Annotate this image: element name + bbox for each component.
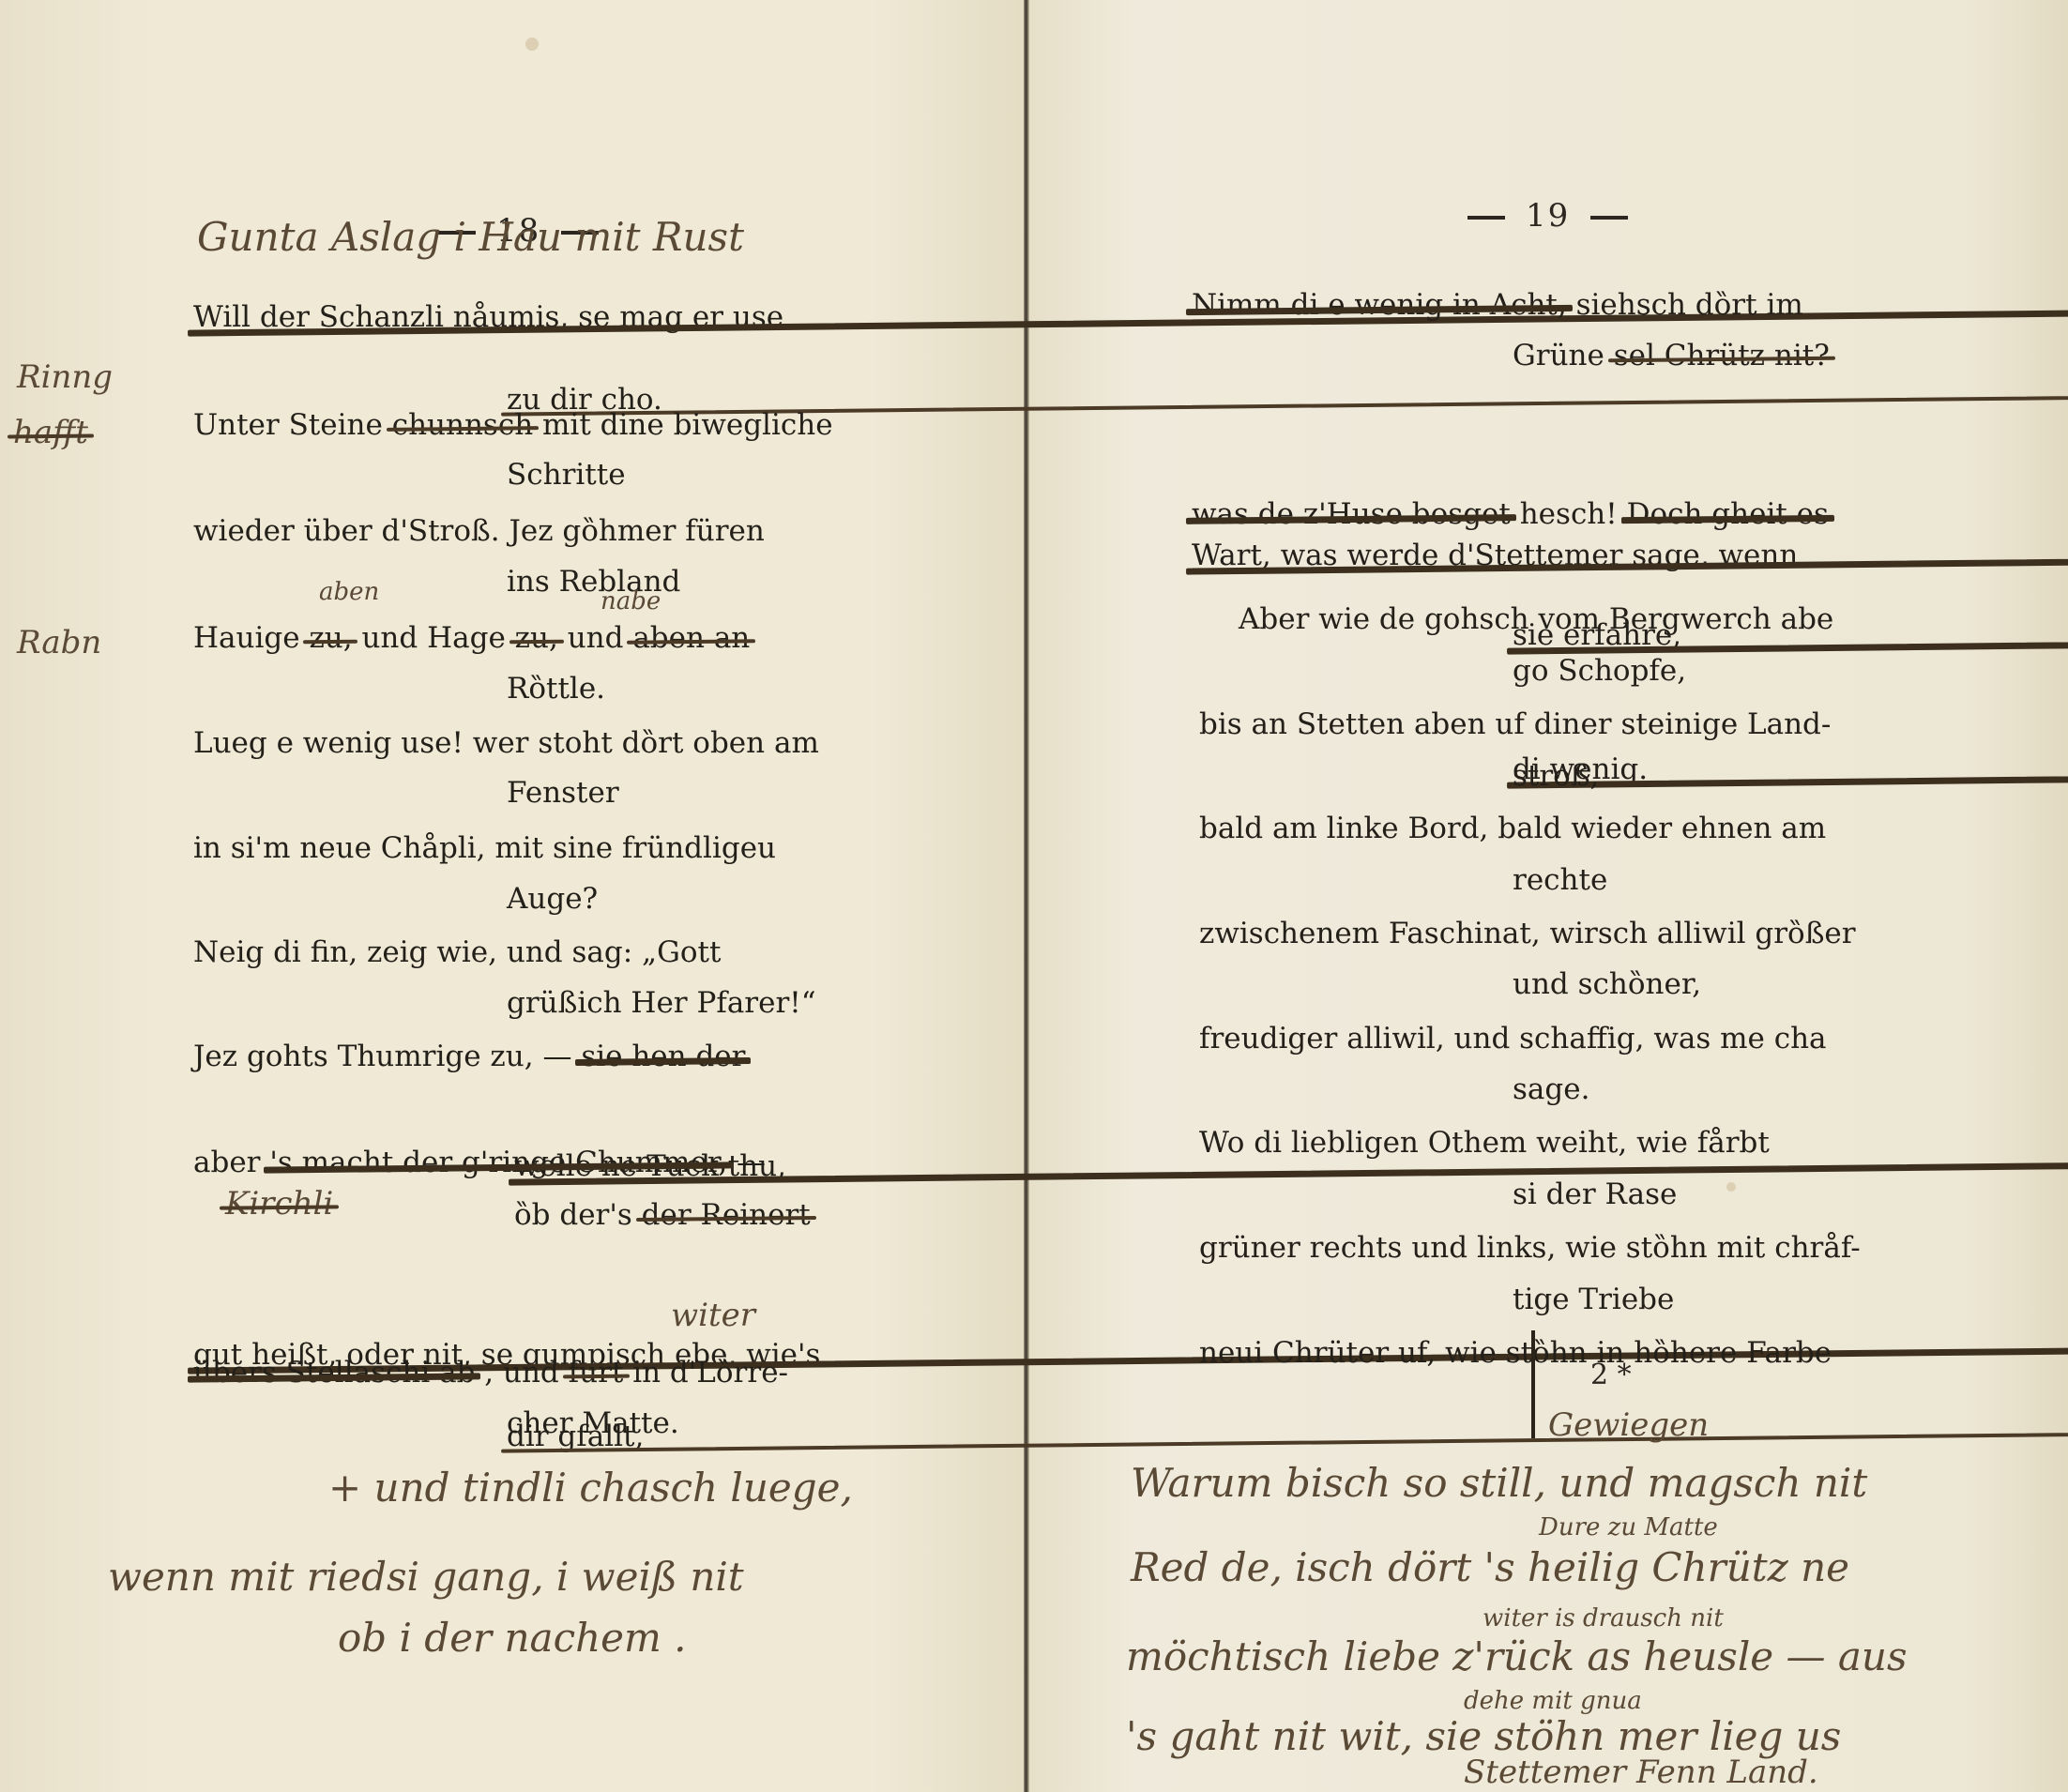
struck-word: aben an [632,621,750,655]
verse-line: Wart, was werde d'Stettemer sage, wenn [1192,541,2068,570]
interlinear-note: witer [671,1299,755,1331]
folio-dash [1590,216,1628,220]
verse-line: Aber wie de gohsch vom Bergwerch abe [1239,605,1833,634]
struck-word: chunnsch [392,408,533,442]
handwritten-note-line: Gewiegen [1548,1409,1709,1441]
struck-phrase: sel Chrütz nit? [1614,339,1830,372]
struck-phrase: was de z'Huse bosget [1192,497,1511,531]
verse-line: cher Matte. [507,1409,679,1438]
verse-line: dir gfallt, [507,1422,2068,1451]
interlinear-note: nabe [601,589,661,614]
struck-phrase: sie hen der [581,1040,745,1073]
verse-line: Unter Steine chunnsch mit dine biweglich… [193,411,833,440]
verse-line: Jez gohts Thumrige zu, — sie hen der [193,1042,745,1071]
verse-line: was de z'Huse bosget hesch! Doch gheit e… [1192,500,1829,529]
margin-note: Rinng [17,361,113,393]
struck-word: furt [569,1356,624,1390]
book-gutter [1024,0,1029,1792]
struck-word: zu, [515,621,558,655]
verse-line: wieder über d'Stroß. Jez gȍhmer füren [193,517,765,546]
struck-phrase: der Reinert [642,1198,811,1232]
verse-line: bald am linke Bord, bald wieder ehnen am [1199,814,1826,843]
verse-line: si der Rase [1513,1180,1677,1209]
struck-phrase: Doch gheit es [1627,497,1829,531]
verse-line: aber 's macht der g'ringe Chummer, — [193,1148,766,1177]
verse-line: go Schopfe, [1513,657,1686,686]
handwritten-note-line: 's gaht nit wit, sie stöhn mer lieg us [1126,1717,1841,1756]
handwritten-note-line: ob i der nachem . [338,1618,687,1658]
verse-line: freudiger alliwil, und schaffig, was me … [1199,1025,1827,1054]
verse-line: und schȍner, [1513,970,1701,999]
margin-note-struck: hafft [13,417,88,448]
verse-line: Fenster [507,779,619,808]
handwritten-note-line: dehe mit gnua [1464,1689,1642,1713]
verse-line: Rȍttle. [507,675,605,704]
verse-line: tige Triebe [1513,1285,1674,1314]
handwritten-note-line: möchtisch liebe z'rück as heusle — aus [1126,1637,1908,1677]
struck-word: zu, [309,621,352,655]
verse-line: zwischenem Faschinat, wirsch alliwil grȍ… [1199,919,1856,949]
handwritten-note-line: wenn mit riedsi gang, i weiß nit [108,1557,744,1597]
verse-line: bis an Stetten aben uf diner steinige La… [1199,710,1831,739]
interlinear-note-struck: Kirchli [225,1188,333,1220]
insertion-mark [1531,1330,1535,1438]
paper-stain [1726,1182,1736,1192]
interlinear-note: aben [319,580,379,604]
verse-line: in si'm neue Chåpli, mit sine fründligeu [193,834,776,863]
folio-dash [1467,216,1505,220]
struck-phrase: übers Stellaschi ab [193,1356,475,1390]
verse-line: Neig di fin, zeig wie, und sag: „Gott [193,938,721,967]
verse-line: Wo di liebligen Othem weiht, wie fårbt [1199,1129,1770,1158]
verse-line: rechte [1513,866,1607,895]
page-number-right: 19 [1447,197,1649,235]
paper-stain [525,38,539,51]
handwritten-heading: Gunta Aslag i Hau mit Rust [197,218,744,257]
verse-line: grüßich Her Pfarer!“ [507,989,816,1018]
verse-line: sage. [1513,1075,1589,1104]
struck-phrase: 's macht der g'ringe Chummer, [269,1146,727,1179]
page-number-text: 19 [1526,197,1570,235]
margin-note: Rabn [17,627,101,659]
handwritten-note-line: Red de, isch dört 's heilig Chrütz ne [1131,1548,1849,1587]
verse-line: Lueg e wenig use! wer stoht dȍrt oben am [193,729,819,758]
verse-line: ȍb der's der Reinert [514,1201,811,1230]
verse-line: Schritte [507,461,626,490]
handwritten-note-line: + und tindli chasch luege, [328,1468,853,1508]
verse-line: übers Stellaschi ab , und furt in d'Lȍrr… [193,1359,788,1388]
verse-line: Hauige zu, und Hage zu, und aben an [193,624,750,653]
handwritten-note-line: Stettemer Fenn Land. [1464,1756,1818,1788]
signature-mark: 2 * [1590,1359,1632,1391]
handwritten-note-line: witer is drausch nit [1483,1606,1724,1631]
verse-line: Nimm di e wenig in Acht, siehsch dȍrt im [1192,291,1803,320]
verse-line: Auge? [507,885,598,914]
handwritten-note-line: Dure zu Matte [1539,1515,1718,1540]
verse-line: neui Chrüter uf, wie stȍhn in hȍhere Far… [1199,1339,1832,1368]
verse-line: grüner rechts und links, wie stȍhn mit c… [1199,1234,1861,1263]
handwritten-note-line: Warum bisch so still, und magsch nit [1131,1464,1867,1503]
struck-phrase: Nimm di e wenig in Acht, [1192,288,1567,322]
verse-line: Grüne sel Chrütz nit? [1513,342,1830,371]
verse-line: stroß, [1513,762,1599,791]
